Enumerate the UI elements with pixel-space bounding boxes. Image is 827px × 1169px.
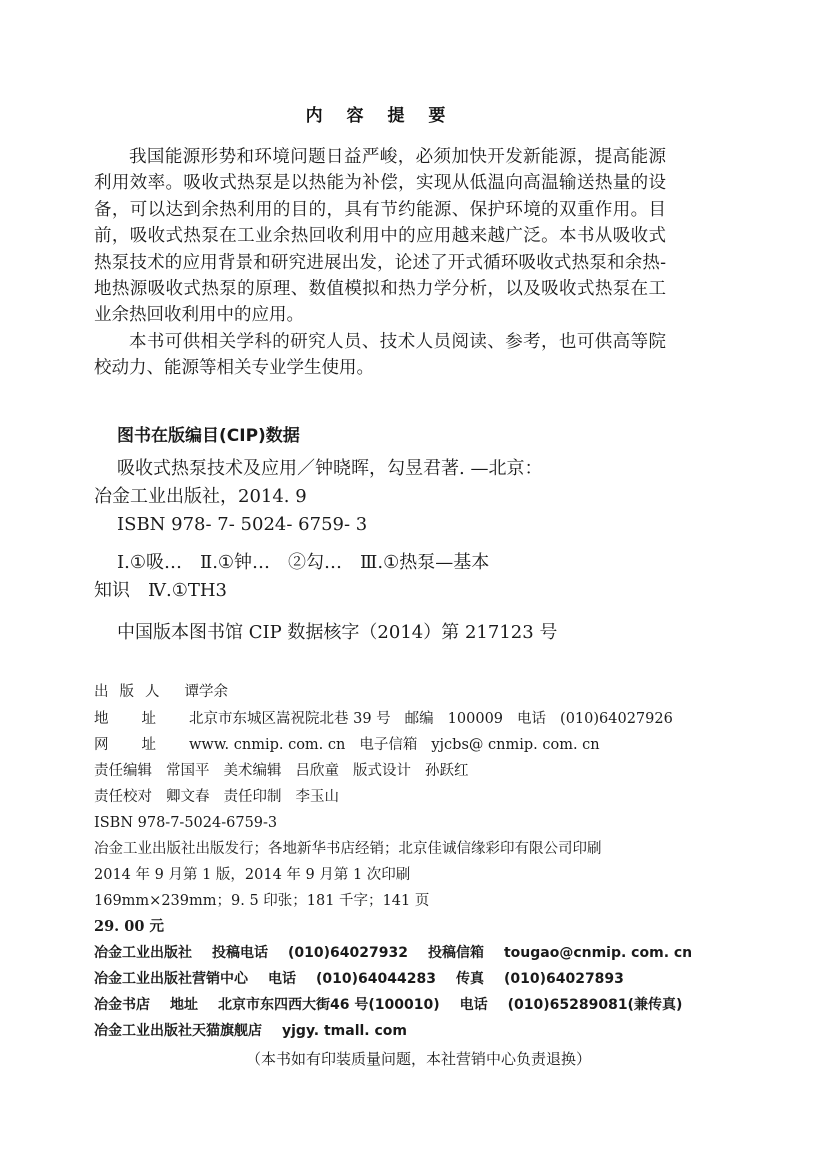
bookstore-phone-label: 电话	[460, 997, 488, 1013]
specs-line: 169mm×239mm；9. 5 印张；181 千字；141 页	[94, 892, 429, 910]
isbn-line: ISBN 978-7-5024-6759-3	[94, 814, 277, 832]
marketing-org: 冶金工业出版社营销中心	[94, 971, 248, 987]
art-editor-label: 美术编辑	[224, 763, 282, 779]
website-label: 网址	[94, 736, 189, 754]
postcode-label: 邮编	[405, 711, 434, 727]
phone-label: 电话	[517, 711, 546, 727]
submission-phone-label: 投稿电话	[212, 945, 268, 961]
submission-row: 冶金工业出版社投稿电话(010)64027932投稿信箱tougao@cnmip…	[94, 944, 692, 962]
proofreader-value: 卿文春	[166, 789, 210, 805]
cip-isbn: ISBN 978- 7- 5024- 6759- 3	[117, 514, 367, 536]
address-label: 地址	[94, 710, 189, 728]
submission-email[interactable]: tougao@cnmip. com. cn	[504, 945, 692, 961]
email-link[interactable]: yjcbs@ cnmip. com. cn	[431, 737, 599, 753]
publisher-value: 谭学余	[185, 684, 229, 700]
page-title: 内 容 提 要	[0, 101, 760, 126]
price-line: 29. 00 元	[94, 918, 164, 936]
distribution-line: 冶金工业出版社出版发行；各地新华书店经销；北京佳诚信缘彩印有限公司印刷	[94, 840, 602, 858]
responsible-editor-value: 常国平	[166, 763, 210, 779]
publisher-label: 出版人	[94, 683, 171, 701]
responsible-editor-label: 责任编辑	[94, 763, 152, 779]
layout-designer-label: 版式设计	[353, 763, 411, 779]
cip-heading: 图书在版编目(CIP)数据	[117, 421, 300, 446]
submission-phone: (010)64027932	[288, 945, 408, 961]
tmall-row: 冶金工业出版社天猫旗舰店yjgy. tmall. com	[94, 1022, 407, 1040]
printing-supervisor-value: 李玉山	[296, 789, 340, 805]
address-row: 地址北京市东城区嵩祝院北巷 39 号邮编100009电话(010)6402792…	[94, 710, 673, 728]
tmall-org: 冶金工业出版社天猫旗舰店	[94, 1023, 262, 1039]
footer-note: （本书如有印装质量问题，本社营销中心负责退换）	[0, 1048, 827, 1069]
website-row: 网址www. cnmip. com. cn电子信箱yjcbs@ cnmip. c…	[94, 736, 600, 754]
editors-row: 责任编辑常国平美术编辑吕欣童版式设计孙跃红	[94, 762, 469, 780]
bookstore-address-label: 地址	[170, 997, 198, 1013]
edition-line: 2014 年 9 月第 1 版，2014 年 9 月第 1 次印刷	[94, 866, 410, 884]
submission-org: 冶金工业出版社	[94, 945, 192, 961]
submission-email-label: 投稿信箱	[428, 945, 484, 961]
marketing-fax: (010)64027893	[504, 971, 624, 987]
tmall-url[interactable]: yjgy. tmall. com	[282, 1023, 407, 1039]
phone-value: (010)64027926	[560, 711, 673, 727]
cip-record-number: 中国版本图书馆 CIP 数据核字（2014）第 217123 号	[117, 622, 557, 644]
marketing-phone-label: 电话	[268, 971, 296, 987]
website-link[interactable]: www. cnmip. com. cn	[189, 737, 345, 753]
cip-classification-line2: 知识 Ⅳ.①TH3	[94, 580, 227, 602]
printing-supervisor-label: 责任印制	[224, 789, 282, 805]
abstract-paragraph-2: 本书可供相关学科的研究人员、技术人员阅读、参考，也可供高等院校动力、能源等相关专…	[94, 329, 666, 382]
proof-row: 责任校对卿文春责任印制李玉山	[94, 788, 339, 806]
cip-classification-line1: Ⅰ.①吸… Ⅱ.①钟… ②勾… Ⅲ.①热泵—基本	[117, 552, 489, 574]
postcode-value: 100009	[448, 711, 503, 727]
art-editor-value: 吕欣童	[296, 763, 340, 779]
cip-title-author: 吸收式热泵技术及应用／钟晓晖，勾昱君著. —北京：	[117, 458, 542, 480]
proofreader-label: 责任校对	[94, 789, 152, 805]
bookstore-row: 冶金书店地址北京市东四西大街46 号(100010)电话(010)6528908…	[94, 996, 682, 1014]
abstract-paragraph-1: 我国能源形势和环境问题日益严峻，必须加快开发新能源，提高能源利用效率。吸收式热泵…	[94, 144, 666, 329]
marketing-row: 冶金工业出版社营销中心电话(010)64044283传真(010)6402789…	[94, 970, 624, 988]
marketing-fax-label: 传真	[456, 971, 484, 987]
publisher-row: 出版人谭学余	[94, 683, 228, 701]
address-value: 北京市东城区嵩祝院北巷 39 号	[189, 711, 391, 727]
bookstore-address: 北京市东四西大街46 号(100010)	[218, 997, 440, 1013]
bookstore-phone: (010)65289081(兼传真)	[508, 997, 683, 1013]
cip-publisher-date: 冶金工业出版社，2014. 9	[94, 486, 307, 508]
marketing-phone: (010)64044283	[316, 971, 436, 987]
bookstore-org: 冶金书店	[94, 997, 150, 1013]
layout-designer-value: 孙跃红	[425, 763, 469, 779]
email-label: 电子信箱	[359, 737, 417, 753]
abstract-section: 我国能源形势和环境问题日益严峻，必须加快开发新能源，提高能源利用效率。吸收式热泵…	[94, 144, 666, 382]
